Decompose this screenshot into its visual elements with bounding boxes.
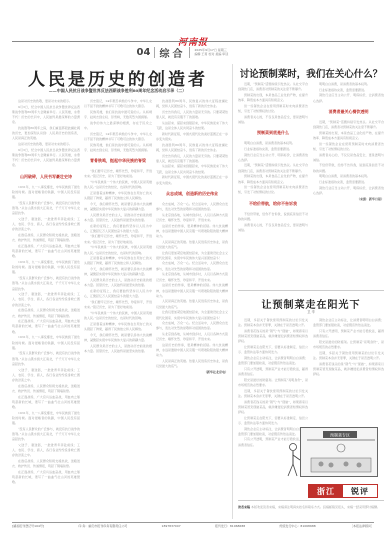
paragraph: 但一些餐饮企业在使用预制菜时未向消费者告知，引发了对知情权的讨论。: [238, 104, 308, 114]
cartoon-drawing-icon: 预制菜专区: [301, 428, 379, 478]
paragraph: 历史告诉我们，人民的力量是无穷的。只要紧紧依靠人民，就没有克服不了的困难。: [156, 110, 228, 120]
paragraph: 近期，多起关于餐饮使用预制菜的讨论引发关注。预制菜本身并无原罪，关键在于是否透明…: [313, 351, 384, 361]
footer-circulation: 传统发行中心：81068688: [279, 524, 315, 528]
paragraph: 民族英雄，他们是抗战中最可爱的人。从杨靖宇、赵尚志到左权、彭雪枫，无数英烈为国捐…: [84, 110, 152, 120]
commentary-title: 让预制菜走在阳光下: [238, 296, 384, 311]
page-editors: 编辑 王莉 校对 美编 审读: [194, 52, 228, 56]
paragraph: 从北京到各地，从城市到乡村，人们以各种方式铭记历史、缅怀先烈、珍爱和平、开创未来…: [156, 272, 228, 282]
paragraph: 行业标准亟待完善，监管需要跟进。: [313, 180, 384, 185]
paragraph: 众志成城，万众一心。纪念活动中，人民群众自发参与，表达对先烈的崇敬和对祖国的热爱…: [156, 321, 228, 331]
column-divider: [232, 64, 233, 519]
cartoon-illustration: 预制菜专区: [300, 427, 378, 477]
paragraph: 今天，我们缅怀先烈，就是要弘扬伟大抗战精神，凝聚起实现中华民族伟大复兴的磅礴力量…: [84, 333, 152, 343]
paragraph: “没有人民群众的广泛参与，就没有抗日战争的胜利。”从白山黑水到大江南北，千千万万…: [12, 351, 80, 367]
paragraph: 1931年，九一八事变爆发，中华民族到了最危险的时候。面对侵略者的铁蹄，中国人民…: [12, 411, 80, 427]
paragraph: 1931年，九一八事变爆发，中华民族到了最危险的时候。面对侵略者的铁蹄，中国人民…: [12, 260, 80, 276]
paragraph: “我们要牢记历史，缅怀先烈，珍爱和平，开创未来。”铭记历史，是为了更好地前进。: [84, 234, 152, 244]
notice-label: 读者来稿: [238, 505, 250, 509]
person-figure-icon: [283, 442, 303, 478]
paragraph: 餐饮行业应当主动公开、明码标价，让消费者放心选择。: [238, 153, 308, 163]
commentary-author: 卫 辛: [238, 310, 384, 315]
paragraph: 行业标准亟待完善，监管需要跟进。: [238, 147, 308, 152]
paragraph: 餐饮企业应主动标注，让消费者明明白白消费；监管部门要加强检查，对虚假宣传依法查处…: [238, 356, 308, 366]
paragraph: 众志成城，万众一心。纪念活动中，人民群众自发参与，表达对先烈的崇敬和对祖国的热爱…: [156, 202, 228, 212]
paragraph: 历史铭记，14年艰苦卓绝的斗争中，中华儿女以不屈不挠的精神书写了可歌可泣的伟大篇…: [84, 99, 152, 109]
paragraph: 人民是真正的英雄。依靠人民创造历史伟业，是我们党最大的底气。: [156, 359, 228, 369]
paragraph: 这是对历史的致敬，更是对未来的昭示。: [12, 99, 80, 104]
top-divider: [12, 41, 374, 42]
paragraph: 在敌后战场，人民群众积极支援抗战，送粮送衣、救护伤员、传递情报，筑起了铜墙铁壁。: [12, 459, 80, 469]
badge-label: 锐评: [343, 485, 377, 497]
paragraph: 在敌后战场，人民群众积极支援抗战，送粮送衣、救护伤员、传递情报，筑起了铜墙铁壁。: [12, 384, 80, 394]
subhead: 青骨铁鸣，挺起中华民族的脊梁: [84, 158, 152, 164]
main-headline: 人民是历史的创造者: [18, 65, 218, 90]
footer-distribution: 报刊发行：81068688: [215, 524, 245, 528]
paragraph: 明明白白消费，是消费者的基本权利。: [313, 174, 384, 179]
paragraph: 消费者花钱买的是“锅气”与“现做”，如果商家以预制菜冒充现做菜品，就涉嫌侵犯消费…: [238, 329, 308, 345]
paragraph: 父送子、妻送郎，一批批青年奔赴前线；工人、农民、学生、商人，各行各业纷纷投身救亡…: [12, 443, 80, 459]
byline: （新华社北京电）: [204, 370, 228, 374]
footer-printer: 印 务：重庆市报刊印务有限责任公司: [78, 524, 127, 528]
paragraph: 从站起来、富起来到强起来，中华民族迎来了伟大飞跃，这是全体人民共同奋斗的结果。: [156, 121, 228, 131]
svg-text:预制菜专区: 预制菜专区: [330, 432, 350, 438]
paragraph: 让我们更加紧密地团结起来，为全面建设社会主义现代化国家、实现中华民族伟大复兴而团…: [156, 310, 228, 320]
paragraph: 在正面战场，广大官兵浴血奋战，用血肉之躯筑起新的长城，谱写了一曲曲气壮山河的英雄…: [12, 319, 80, 335]
page-meta: 2025年9月17日 星期三 编辑 王莉 校对 美编 审读: [194, 48, 249, 56]
section-divider: [238, 290, 384, 291]
paragraph: 这是历史的传承，更是精神的延续。伟大抗战精神，永远是激励中国人民克服一切艰难险阻…: [156, 224, 228, 240]
paragraph: 众志成城，万众一心。纪念活动中，人民群众自发参与，表达对先烈的崇敬和对祖国的热爱…: [156, 261, 228, 271]
paragraph: 抗战胜利80周年，民族复兴的伟大征程波澜壮阔，党和人民团结奋斗，创造了新的历史伟…: [156, 99, 228, 109]
paragraph: 今天，我们缅怀先烈，就是要弘扬伟大抗战精神，凝聚起实现中华民族伟大复兴的磅礴力量…: [84, 267, 152, 277]
paragraph: “没有人民群众的广泛参与，就没有抗日战争的胜利。”从白山黑水到大江南北，千千万万…: [12, 276, 80, 292]
paragraph: “没有人民群众的广泛参与，就没有抗日战争的胜利。”从白山黑水到大江南北，千千万万…: [12, 201, 80, 217]
paragraph: 历史铭记，14年艰苦卓绝的斗争中，中华儿女以不屈不挠的精神书写了可歌可泣的伟大篇…: [84, 132, 152, 142]
paragraph: 消费者花钱买的是“锅气”与“现做”，如果商家以预制菜冒充现做菜品，就涉嫌侵犯消费…: [313, 362, 384, 378]
paragraph: “没有人民群众的广泛参与，就没有抗日战争的胜利。”从白山黑水到大江南北，千千万万…: [12, 427, 80, 443]
paragraph: 父送子、妻送郎，一批批青年奔赴前线；工人、农民、学生、商人，各行各业纷纷投身救亡…: [12, 292, 80, 308]
page-header: 04 综合 2025年9月17日 星期三 编辑 王莉 校对 美编 审读: [0, 45, 386, 59]
paragraph: 但一些餐饮企业在使用预制菜时未向消费者告知，引发了对知情权的讨论。: [313, 142, 384, 152]
section-name: 综合: [159, 45, 185, 60]
paragraph: 新时代新征程，中国式现代化的美好蓝图正在一步步变为现实。: [156, 175, 228, 185]
paragraph: 9月3日，纪念中国人民抗日战争暨世界反法西斯战争胜利80周年大会隆重举行。人民英…: [12, 105, 80, 126]
paragraph: 人民群众是历史的主人，是推动历史前进的根本力量。回望历史，人民始终是最坚实的依靠…: [84, 213, 152, 223]
paragraph: 消费者关心的，不仅仅是食品安全，更是透明与诚信。: [313, 153, 384, 163]
header-separator: [154, 47, 155, 58]
paragraph: 人民是真正的英雄。依靠人民创造历史伟业，是我们党最大的底气。: [156, 240, 228, 250]
subhead: 山河破碎，人民书写豪壮史诗: [12, 174, 80, 180]
footer-registration: [湖省报刊登记号104号]: [12, 524, 44, 528]
subhead: 预制菜到底是什么: [238, 130, 308, 136]
paragraph: 人民是真正的英雄。依靠人民创造历史伟业，是我们党最大的底气。: [156, 299, 228, 309]
side-article-column-1: 近期，“预制菜”话题持续引发热议。从社交平台到餐饮门店，消费者对预制菜的关注度不…: [238, 82, 308, 287]
paragraph: 历史告诉我们，人民的力量是无穷的。只要紧紧依靠人民，就没有克服不了的困难。: [156, 154, 228, 164]
subhead: 众志成城，创造新的历史伟业: [156, 191, 228, 197]
paragraph: 正是靠着这种精神，中华民族在生死存亡的关头挺起了脊梁，赢得了民族独立和人民解放。: [84, 322, 152, 332]
paragraph: 抗战胜利80周年，民族复兴的伟大征程波澜壮阔，党和人民团结奋斗，创造了新的历史伟…: [156, 143, 228, 153]
paragraph: 明明白白消费，是消费者的基本权利。: [238, 141, 308, 146]
paragraph: 9月3日，纪念中国人民抗日战争暨世界反法西斯战争胜利80周年大会隆重举行。人民英…: [12, 148, 80, 169]
paragraph: 今天，我们缅怀先烈，就是要弘扬伟大抗战精神，凝聚起实现中华民族伟大复兴的磅礴力量…: [84, 202, 152, 212]
paragraph: 餐饮企业应主动标注，让消费者明明白白消费；监管部门要加强检查，对虚假宣传依法查处…: [238, 427, 308, 437]
header-separator: [189, 47, 190, 58]
paragraph: 在新的征程上，我们要始终坚持以人民为中心，汇聚起亿万人民团结奋斗的强大力量。: [84, 224, 152, 234]
footer-phone: 1897837007: [162, 524, 181, 528]
paragraph: “我们要牢记历史，缅怀先烈，珍爱和平，开创未来。”铭记历史，是为了更好地前进。: [84, 300, 152, 310]
paragraph: 让预制菜走在阳光下，需要从标准制定、信息公示、监管执法等方面协同发力。: [238, 345, 308, 355]
page-number: 04: [137, 47, 151, 58]
paragraph: “中华民族是一个伟大的民族，中国人民是英雄的人民。”这是历史的结论，也是时代的回…: [84, 180, 152, 190]
reader-notice: 读者来稿 本版欢迎读者来稿，来稿请注明真实姓名和联系方式。投稿邮箱见报头，来稿一…: [238, 505, 384, 510]
paragraph: 近期，多起关于餐饮使用预制菜的讨论引发关注。预制菜本身并无原罪，关键在于是否透明…: [238, 318, 308, 328]
paragraph: 这是历史的传承，更是精神的延续。伟大抗战精神，永远是激励中国人民克服一切艰难险阻…: [156, 343, 228, 359]
paragraph: “中华民族是一个伟大的民族，中国人民是英雄的人民。”这是历史的结论，也是时代的回…: [84, 245, 152, 255]
paragraph: 正是靠着这种精神，中华民族在生死存亡的关头挺起了脊梁，赢得了民族独立和人民解放。: [84, 191, 152, 201]
paragraph: 新时代新征程，中国式现代化的美好蓝图正在一步步变为现实。: [156, 132, 228, 142]
paragraph: 消费者关心的，不仅仅是食品安全，更是透明与诚信。: [238, 223, 308, 233]
paragraph: 父送子、妻送郎，一批批青年奔赴前线；工人、农民、学生、商人，各行各业纷纷投身救亡…: [12, 217, 80, 233]
byline: （来源：新华日报）: [357, 197, 384, 201]
paragraph: 近期，“预制菜”话题持续引发热议。从社交平台到餐饮门店，消费者对预制菜的关注度不…: [238, 163, 308, 173]
paragraph: 餐饮行业应当主动公开、明码标价，让消费者放心选择。: [313, 93, 384, 103]
paragraph: 民族英雄，他们是抗战中最可爱的人。从杨靖宇、赵尚志到左权、彭雪枫，无数英烈为国捐…: [84, 143, 152, 153]
paragraph: 从站起来、富起来到强起来，中华民族迎来了伟大飞跃，这是全体人民共同奋斗的结果。: [156, 164, 228, 174]
side-headline: 讨论预制菜时，我们在关心什么？: [238, 66, 384, 80]
paragraph: 战争的伟力之最深厚的根源，存在于民众之中。: [84, 121, 152, 131]
side-article-column-2: 明明白白消费，是消费者的基本权利。 行业标准亟待完善，监管需要跟进。 餐饮行业应…: [313, 82, 384, 287]
paragraph: 在正面战场，广大官兵浴血奋战，用血肉之躯筑起新的长城，谱写了一曲曲气壮山河的英雄…: [12, 244, 80, 260]
paragraph: 只有公开透明，预制菜产业才能行稳致远，赢得消费者信任。: [238, 367, 308, 377]
paragraph: 在新的征程上，我们要始终坚持以人民为中心，汇聚起亿万人民团结奋斗的强大力量。: [84, 289, 152, 299]
paragraph: 这是对历史的致敬，更是对未来的昭示。: [12, 142, 80, 147]
newspaper-page: 河南报 04 综合 2025年9月17日 星期三 编辑 王莉 校对 美编 审读 …: [0, 0, 386, 553]
paragraph: 让预制菜走在阳光下，需要从标准制定、信息公示、监管执法等方面协同发力。: [238, 416, 308, 426]
paragraph: 1931年，九一八事变爆发，中华民族到了最危险的时候。面对侵略者的铁蹄，中国人民…: [12, 335, 80, 351]
paragraph: 近期，“预制菜”话题持续引发热议。从社交平台到餐饮门店，消费者对预制菜的关注度不…: [238, 82, 308, 92]
paragraph: 消费者花钱买的是“锅气”与“现做”，如果商家以预制菜冒充现做菜品，就涉嫌侵犯消费…: [238, 400, 308, 416]
paragraph: 从北京到各地，从城市到乡村，人们以各种方式铭记历史、缅怀先烈、珍爱和平、开创未来…: [156, 213, 228, 223]
paragraph: 只有公开透明，预制菜产业才能行稳致远，赢得消费者信任。: [313, 329, 384, 339]
paragraph: 餐饮企业应主动标注，让消费者明明白白消费；监管部门要加强检查，对虚假宣传依法查处…: [313, 318, 384, 328]
subhead: 不给价带航，给你不告诉我: [238, 201, 308, 207]
main-article-column-1: 这是对历史的致敬，更是对未来的昭示。 9月3日，纪念中国人民抗日战争暨世界反法西…: [12, 99, 80, 519]
paragraph: 预制菜的出现，本是食品工业化的产物，在提升效率、降低成本方面具有积极意义。: [313, 131, 384, 141]
notice-text: 本版欢迎读者来稿，来稿请注明真实姓名和联系方式。投稿邮箱见报头，来稿一经采用即付…: [251, 505, 380, 509]
paragraph: 但一些餐饮企业在使用预制菜时未向消费者告知，引发了对知情权的讨论。: [238, 185, 308, 195]
main-article-column-2: 历史铭记，14年艰苦卓绝的斗争中，中华儿女以不屈不挠的精神书写了可歌可泣的伟大篇…: [84, 99, 152, 519]
section-divider: [238, 500, 384, 501]
paragraph: 预制菜的出现，本是食品工业化的产物，在提升效率、降低成本方面具有积极意义。: [238, 93, 308, 103]
paragraph: 预制菜的出现，本是食品工业化的产物，在提升效率、降低成本方面具有积极意义。: [238, 174, 308, 184]
paragraph: 1931年，九一八事变爆发，中华民族到了最危险的时候。面对侵略者的铁蹄，中国人民…: [12, 185, 80, 201]
paragraph: 抗战胜利80周年之际，我们重温那段波澜壮阔的历史，更加深刻认识到：人民是历史的创…: [12, 126, 80, 142]
paragraph: 让我们更加紧密地团结起来，为全面建设社会主义现代化国家、实现中华民族伟大复兴而团…: [156, 251, 228, 261]
paragraph: “我们要牢记历史，缅怀先烈，珍爱和平，开创未来。”铭记历史，是为了更好地前进。: [84, 169, 152, 179]
paragraph: 正是靠着这种精神，中华民族在生死存亡的关头挺起了脊梁，赢得了民族独立和人民解放。: [84, 256, 152, 266]
footer-divider: [12, 522, 374, 523]
main-subtitle: ——中国人民抗日战争暨世界反法西斯战争胜利80周年纪念活动启示录（二）: [10, 88, 225, 94]
paragraph: 餐饮行业应当主动公开、明码标价，让消费者放心选择。: [313, 186, 384, 196]
paragraph: 在正面战场，广大官兵浴血奋战，用血肉之躯筑起新的长城，谱写了一曲曲气壮山河的英雄…: [12, 395, 80, 411]
page-footer: [湖省报刊登记号104号] 印 务：重庆市报刊印务有限责任公司 18978370…: [12, 524, 374, 528]
main-article-column-3: 抗战胜利80周年，民族复兴的伟大征程波澜壮阔，党和人民团结奋斗，创造了新的历史伟…: [156, 99, 228, 519]
badge-region: 浙江: [309, 485, 343, 497]
paragraph: 在敌后战场，人民群众积极支援抗战，送粮送衣、救护伤员、传递情报，筑起了铜墙铁壁。: [12, 233, 80, 243]
paragraph: 近期，多起关于餐饮使用预制菜的讨论引发关注。预制菜本身并无原罪，关键在于是否透明…: [238, 389, 308, 399]
paragraph: 消费者关心的，不仅仅是食品安全，更是透明与诚信。: [238, 115, 308, 125]
paragraph: 这是历史的传承，更是精神的延续。伟大抗战精神，永远是激励中国人民克服一切艰难险阻…: [156, 283, 228, 299]
subhead: 消费者最关心餐饮透明: [313, 109, 384, 115]
paragraph: 人民群众是历史的主人，是推动历史前进的根本力量。回望历史，人民始终是最坚实的依靠…: [84, 344, 152, 354]
column-badge: 浙江 锐评: [308, 484, 378, 498]
commentary-column-2: 餐饮企业应主动标注，让消费者明明白白消费；监管部门要加强检查，对虚假宣传依法查处…: [313, 318, 384, 422]
paragraph: 在正面战场，广大官兵浴血奋战，用血肉之躯筑起新的长城，谱写了一曲曲气壮山河的英雄…: [12, 470, 80, 486]
paragraph: “中华民族是一个伟大的民族，中国人民是英雄的人民。”这是历史的结论，也是时代的回…: [84, 311, 152, 321]
paragraph: 父送子、妻送郎，一批批青年奔赴前线；工人、农民、学生、商人，各行各业纷纷投身救亡…: [12, 368, 80, 384]
paragraph: 不给价带航，给你不告诉我，说到底是信息不对称的问题。: [238, 212, 308, 222]
paragraph: 阳光是最好的防腐剂。让预制菜“亮明身份”，是市场规范的必然要求。: [238, 378, 308, 388]
paragraph: 不给价带航，给你不告诉我，说到底是信息不对称的问题。: [313, 163, 384, 173]
paragraph: 人民群众是历史的主人，是推动历史前进的根本力量。回望历史，人民始终是最坚实的依靠…: [84, 278, 152, 288]
footer-legal: ［本报法律顾问］: [350, 524, 374, 528]
paragraph: 在敌后战场，人民群众积极支援抗战，送粮送衣、救护伤员、传递情报，筑起了铜墙铁壁。: [12, 308, 80, 318]
paragraph: 从北京到各地，从城市到乡村，人们以各种方式铭记历史、缅怀先烈、珍爱和平、开创未来…: [156, 332, 228, 342]
paragraph: 阳光是最好的防腐剂。让预制菜“亮明身份”，是市场规范的必然要求。: [313, 340, 384, 350]
paragraph: 明明白白消费，是消费者的基本权利。: [313, 82, 384, 87]
paragraph: 近期，“预制菜”话题持续引发热议。从社交平台到餐饮门店，消费者对预制菜的关注度不…: [313, 120, 384, 130]
